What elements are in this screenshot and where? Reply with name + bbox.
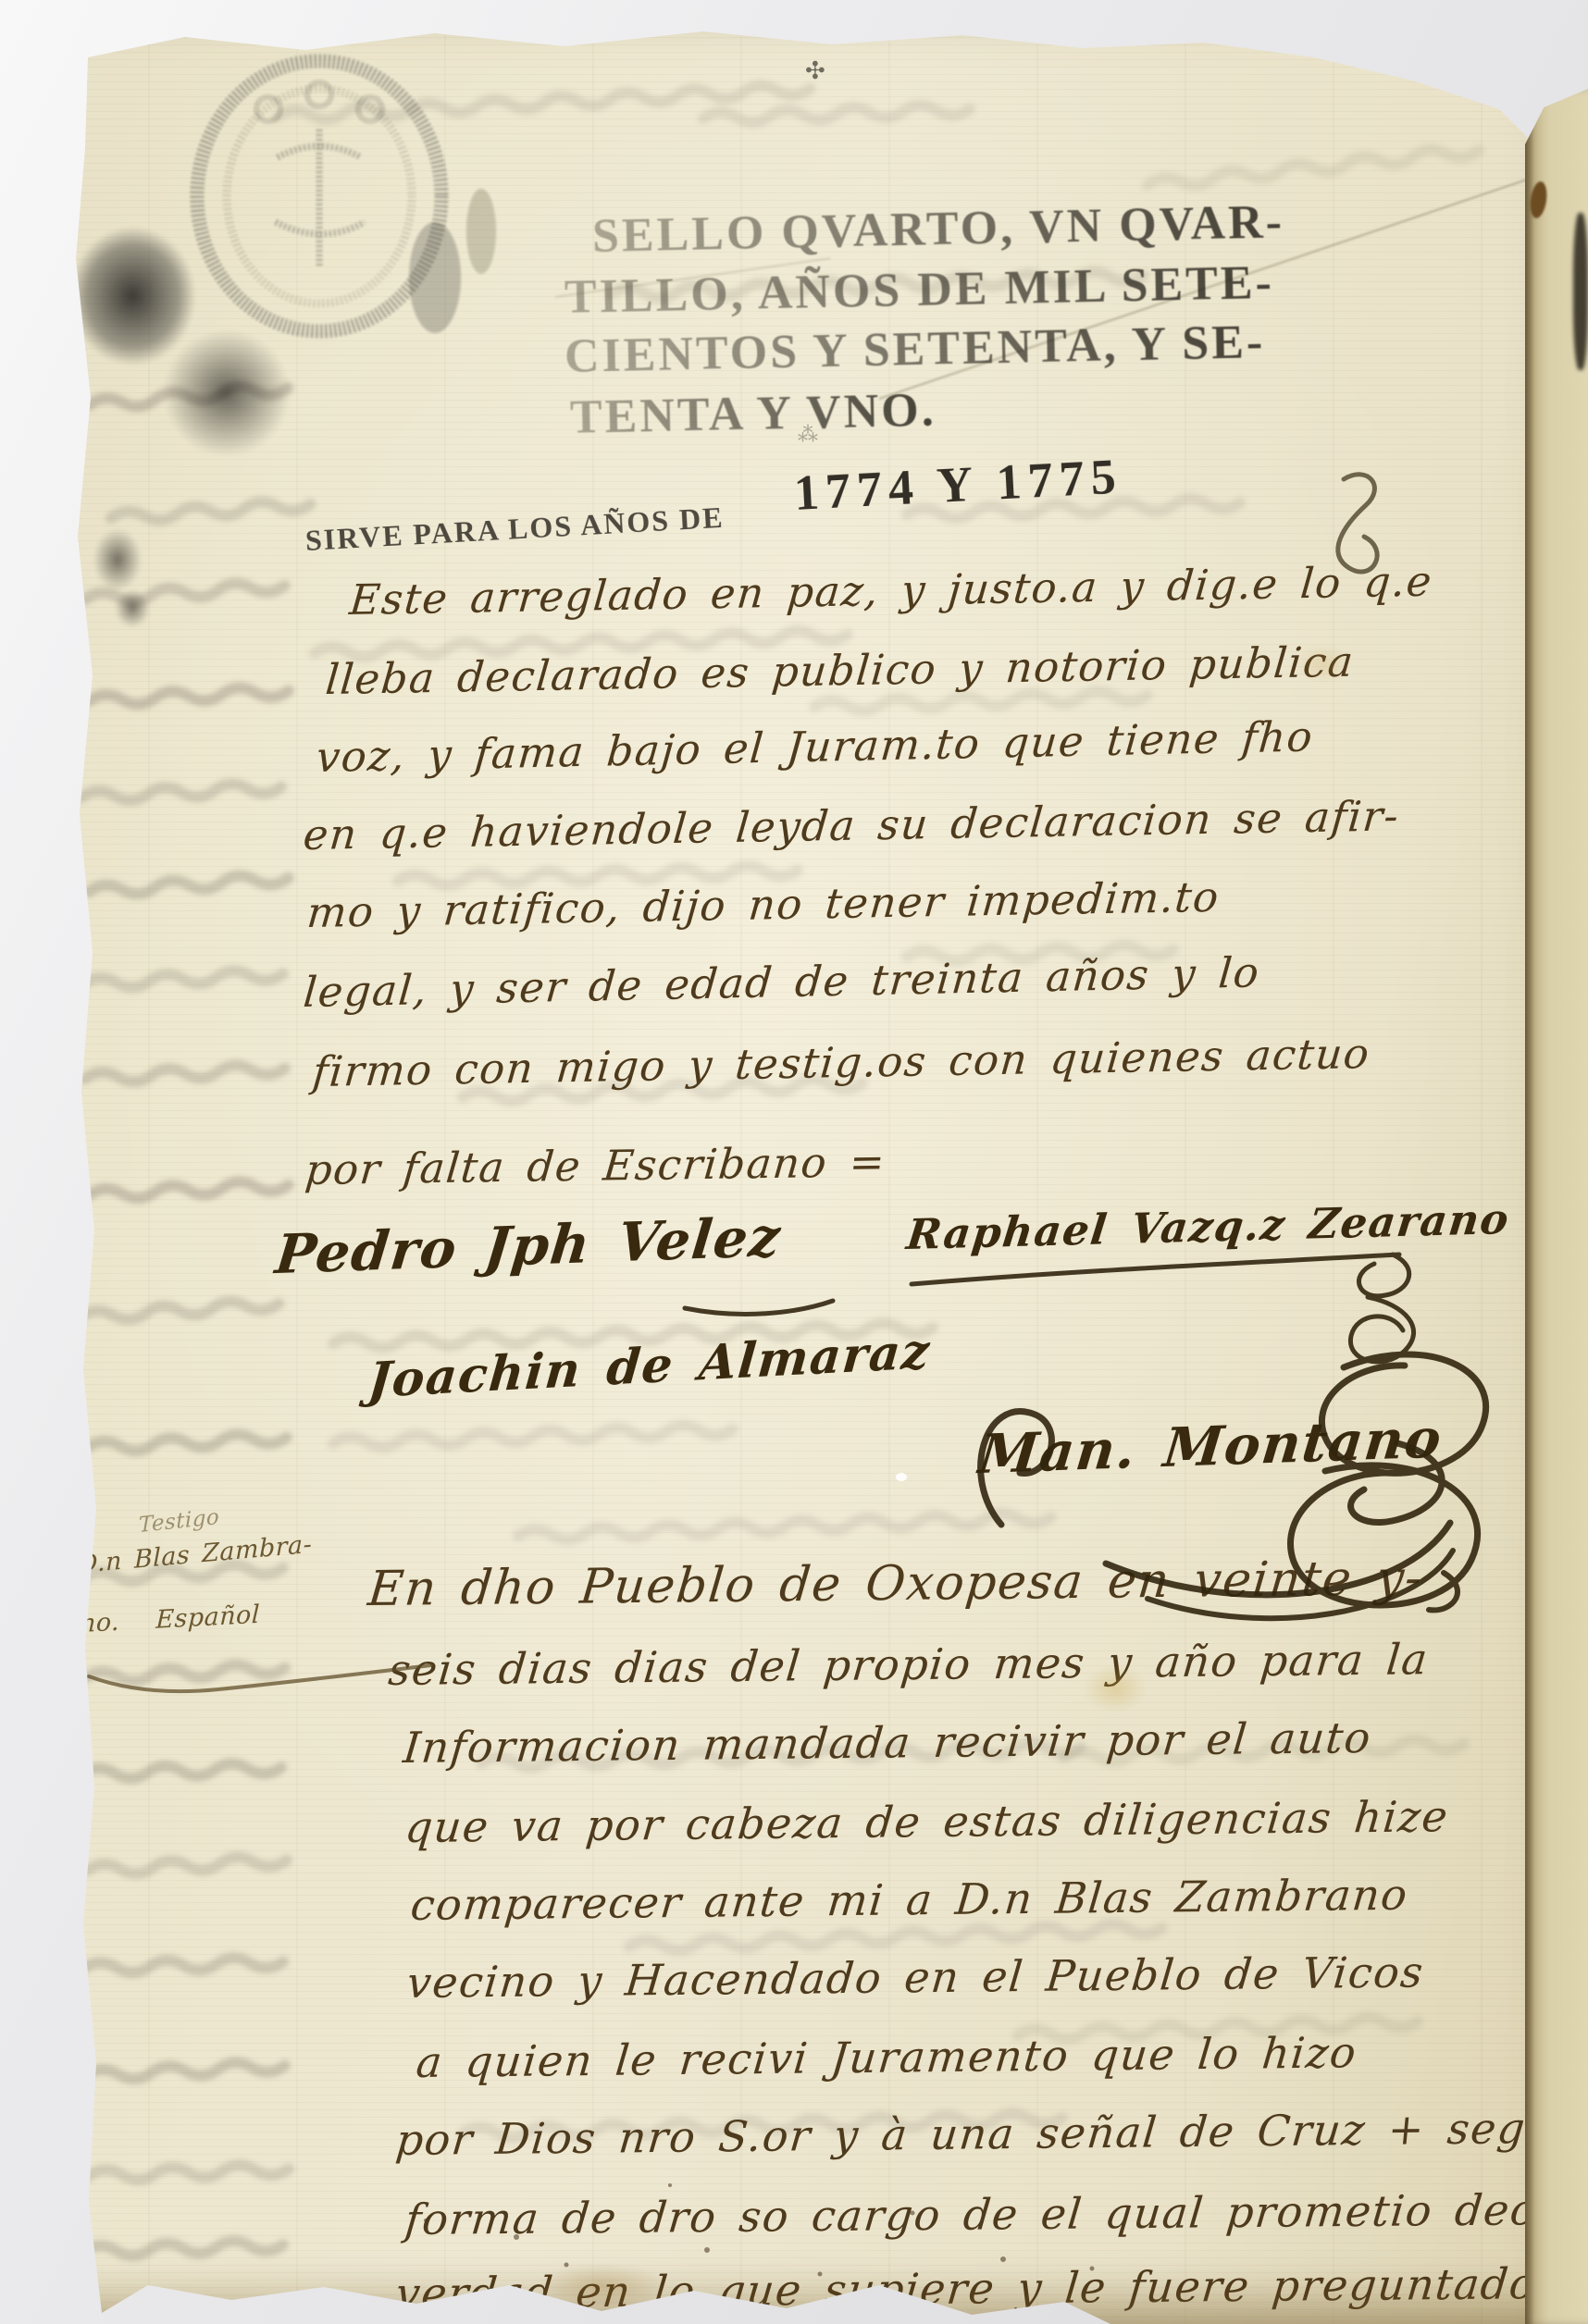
- manuscript-line: forma de dro so cargo de el qual prometi…: [403, 2184, 1574, 2244]
- manuscript-line: voz, y fama bajo el Juram.to que tiene f…: [315, 711, 1316, 782]
- scanned-manuscript-background: ✣ ⁂ SELLO QVARTO, VN QVAR- TILLO, AÑOS D…: [0, 0, 1588, 2324]
- manuscript-line: por Dios nro S.or y à una señal de Cruz …: [393, 2103, 1571, 2165]
- revalidation-stamp-label: SIRVE PARA LOS AÑOS DE: [304, 501, 725, 558]
- manuscript-line: lleba declarado es publico y notorio pub…: [324, 637, 1357, 704]
- ink-smudge-stamp-2: [139, 305, 315, 481]
- signature-joachin-almaraz: Joachin de Almaraz: [366, 1323, 933, 1409]
- adjacent-page-edge: [1525, 89, 1588, 2324]
- stamp-heading-line: TENTA Y VNO.: [569, 383, 937, 445]
- stamp-heading-line: SELLO QVARTO, VN QVAR-: [591, 194, 1284, 264]
- manuscript-line: en q.e haviendole leyda su declaracion s…: [302, 791, 1402, 859]
- stamp-heading-line: CIENTOS Y SETENTA, Y SE-: [564, 315, 1265, 384]
- manuscript-line: En dho Pueblo de Oxopesa en veinte y-: [366, 1551, 1425, 1617]
- revalidation-stamp-years: 1774 Y 1775: [792, 447, 1123, 521]
- age-stain-2: [518, 2257, 685, 2313]
- adjacent-page-ink: [1573, 213, 1588, 370]
- paper-fleck: [896, 1473, 907, 1481]
- manuscript-line: vecino y Hacendado en el Pueblo de Vicos: [404, 1947, 1426, 2008]
- age-stain-3: [1286, 638, 1360, 689]
- manuscript-line: que va por cabeza de estas diligencias h…: [403, 1791, 1450, 1852]
- signature-pedro-velez: Pedro Jph Velez: [272, 1205, 784, 1286]
- top-cross-icon: ✣: [805, 57, 825, 85]
- manuscript-line: legal, y ser de edad de treinta años y l…: [302, 947, 1262, 1017]
- manuscript-line: Informacion mandada recivir por el auto: [401, 1712, 1373, 1773]
- manuscript-line: firmo con migo y testig.os con quienes a…: [311, 1029, 1372, 1096]
- manuscript-line: a quien le recivi Juramento que lo hizo: [414, 2027, 1358, 2087]
- margin-note-name: D.n Blas Zambra-: [78, 1530, 312, 1579]
- margin-note-testigo: Testigo: [139, 1505, 220, 1538]
- ink-smudge-spot-2: [109, 583, 155, 634]
- margin-note-name-2: no. Español: [79, 1601, 260, 1638]
- manuscript-line: comparecer ante mi a D.n Blas Zambrano: [408, 1870, 1410, 1930]
- manuscript-line: mo y ratifico, dijo no tener impedim.to: [305, 872, 1222, 937]
- age-stain: [1073, 1656, 1157, 1721]
- manuscript-line: Este arreglado en paz, y justo.a y dig.e…: [348, 557, 1435, 625]
- signature-raphael-vazquez: Raphael Vazq.z Zearano: [904, 1194, 1512, 1259]
- manuscript-line: seis dias dias del propio mes y año para…: [386, 1634, 1431, 1695]
- stamp-heading-line: TILLO, AÑOS DE MIL SETE-: [564, 255, 1274, 325]
- manuscript-line: por falta de Escribano =: [304, 1137, 888, 1194]
- binding-stain: [1528, 180, 1548, 219]
- document-page: ✣ ⁂ SELLO QVARTO, VN QVAR- TILLO, AÑOS D…: [0, 0, 1588, 2324]
- signature-manuel-montano: Man. Montano: [975, 1406, 1445, 1486]
